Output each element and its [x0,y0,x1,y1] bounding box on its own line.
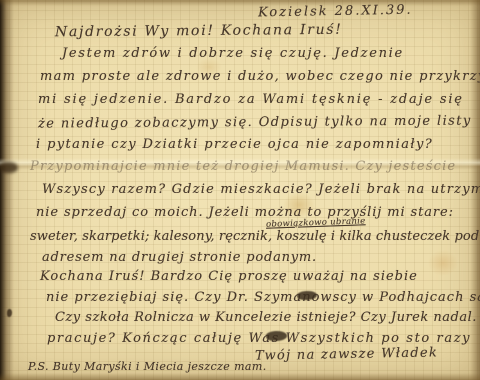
letter-paper: Kozielsk 28.XI.39. Najdrożsi Wy moi! Koc… [0,0,480,380]
postscript-line: P.S. Buty Maryśki i Miecia jeszcze mam. [28,361,267,372]
letter-line: mi się jedzenie. Bardzo za Wami tęsknię … [38,93,464,106]
insertion-note: obowiązkowo ubranie [266,217,366,229]
letter-line: nie sprzedaj co moich. Jeżeli można to p… [36,206,454,219]
signature-line: Twój na zawsze Władek [255,346,438,362]
letter-line: Czy szkoła Rolnicza w Kuncelezie istniej… [55,311,477,324]
letter-line: nie przeziębiaj się. Czy Dr. Szymanowscy… [46,291,480,304]
letter-line: Jestem zdrów i dobrze się czuję. Jedzeni… [62,47,404,60]
letter-line: Wszyscy razem? Gdzie mieszkacie? Jeżeli … [42,183,480,196]
letter-line: mam proste ale zdrowe i dużo, wobec czeg… [40,70,480,83]
paper-edge-shadow-bottom [0,373,480,380]
letter-line: pracuje? Kończąc całuję Was Wszystkich p… [47,332,471,345]
letter-line: że niedługo zobaczymy się. Odpisuj tylko… [38,114,472,130]
paper-stain [428,250,458,276]
letter-line: Kochana Iruś! Bardzo Cię proszę uważaj n… [40,270,418,283]
letter-line: adresem na drugiej stronie podanym. [42,251,317,264]
paper-edge-shadow-left [0,0,14,380]
dateline: Kozielsk 28.XI.39. [258,4,413,20]
salutation-line: Najdrożsi Wy moi! Kochana Iruś! [55,23,343,40]
letter-line: sweter, skarpetki; kalesony, ręcznik, ko… [30,230,479,243]
letter-line: i pytanie czy Dziatki przecie ojca nie z… [36,138,433,151]
letter-line: Przypominajcie mnie też drogiej Mamusi. … [30,160,456,173]
